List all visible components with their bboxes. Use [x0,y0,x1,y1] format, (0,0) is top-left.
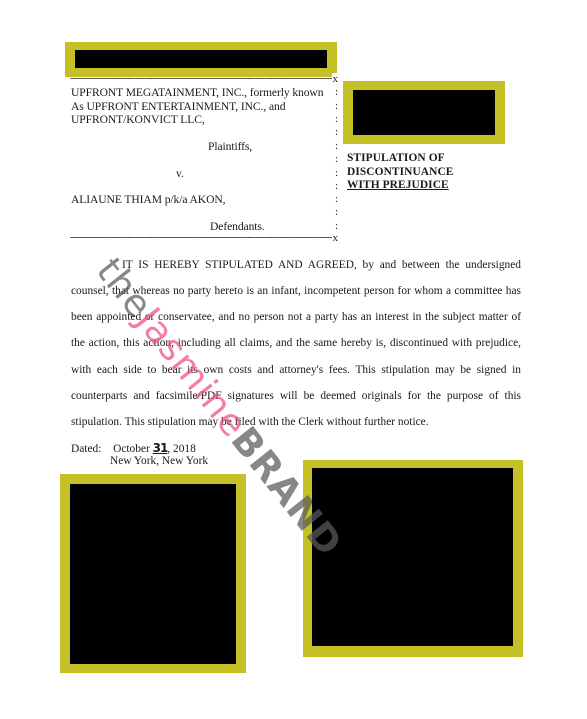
caption-colon: : [335,126,338,139]
title-line-3: WITH PREJUDICE [347,179,449,193]
redaction-top [65,42,337,77]
plaintiff-line-1: UPFRONT MEGATAINMENT, INC., formerly kno… [71,86,323,99]
body-line-5: with each side to bear its own costs and… [71,364,521,377]
plaintiff-line-2: As UPFRONT ENTERTAINMENT, INC., and [71,100,285,113]
body-line-4: the action, this action, including all c… [71,337,521,350]
caption-colon: : [335,153,338,166]
dash-fill: ----------------------------------------… [70,73,338,84]
dash-fill: ----------------------------------------… [70,232,338,243]
body-line-2: counsel, that whereas no party hereto is… [71,285,521,298]
plaintiffs-label: Plaintiffs, [208,140,252,153]
caption-colon: : [335,193,338,206]
rule-end-x: x [332,73,339,85]
caption-rule-bottom: ----------------------------------------… [70,232,338,244]
caption-colon: : [335,180,338,193]
dated-location: New York, New York [110,455,208,468]
redaction-signature-right [303,460,523,657]
caption-colon: : [335,206,338,219]
caption-colon: : [335,140,338,153]
redaction-index-number-fill [353,90,495,135]
body-line-7: stipulation. This stipulation may be fil… [71,416,429,429]
plaintiff-line-3: UPFRONT/KONVICT LLC, [71,113,205,126]
caption-colon: : [335,220,338,233]
caption-colon: : [335,86,338,99]
body-line-3: been appointed or conservatee, and no pe… [71,311,521,324]
redaction-top-fill [75,50,327,68]
redaction-signature-right-fill [312,468,513,646]
defendant-name: ALIAUNE THIAM p/k/a AKON, [71,193,225,206]
redaction-signature-left [60,474,246,673]
caption-colon: : [335,100,338,113]
dated-year: , 2018 [167,443,195,455]
body-line-1: IT IS HEREBY STIPULATED AND AGREED, by a… [122,259,521,272]
dated-day-handwritten: 31 [153,441,168,455]
rule-end-x: x [332,232,339,244]
redaction-signature-left-fill [70,484,236,664]
dated-label: Dated: [71,443,101,455]
redaction-index-number [343,81,505,144]
title-line-1: STIPULATION OF [347,152,445,166]
caption-colon: : [335,167,338,180]
caption-colon: : [335,113,338,126]
dated-month: October [113,443,150,455]
title-line-2: DISCONTINUANCE [347,166,453,180]
versus-label: v. [176,167,184,180]
body-line-6: counterparts and facsimile/PDF signature… [71,390,521,403]
dated-line: Dated: October 31, 2018 [71,442,196,456]
caption-rule-top: ----------------------------------------… [70,73,338,85]
